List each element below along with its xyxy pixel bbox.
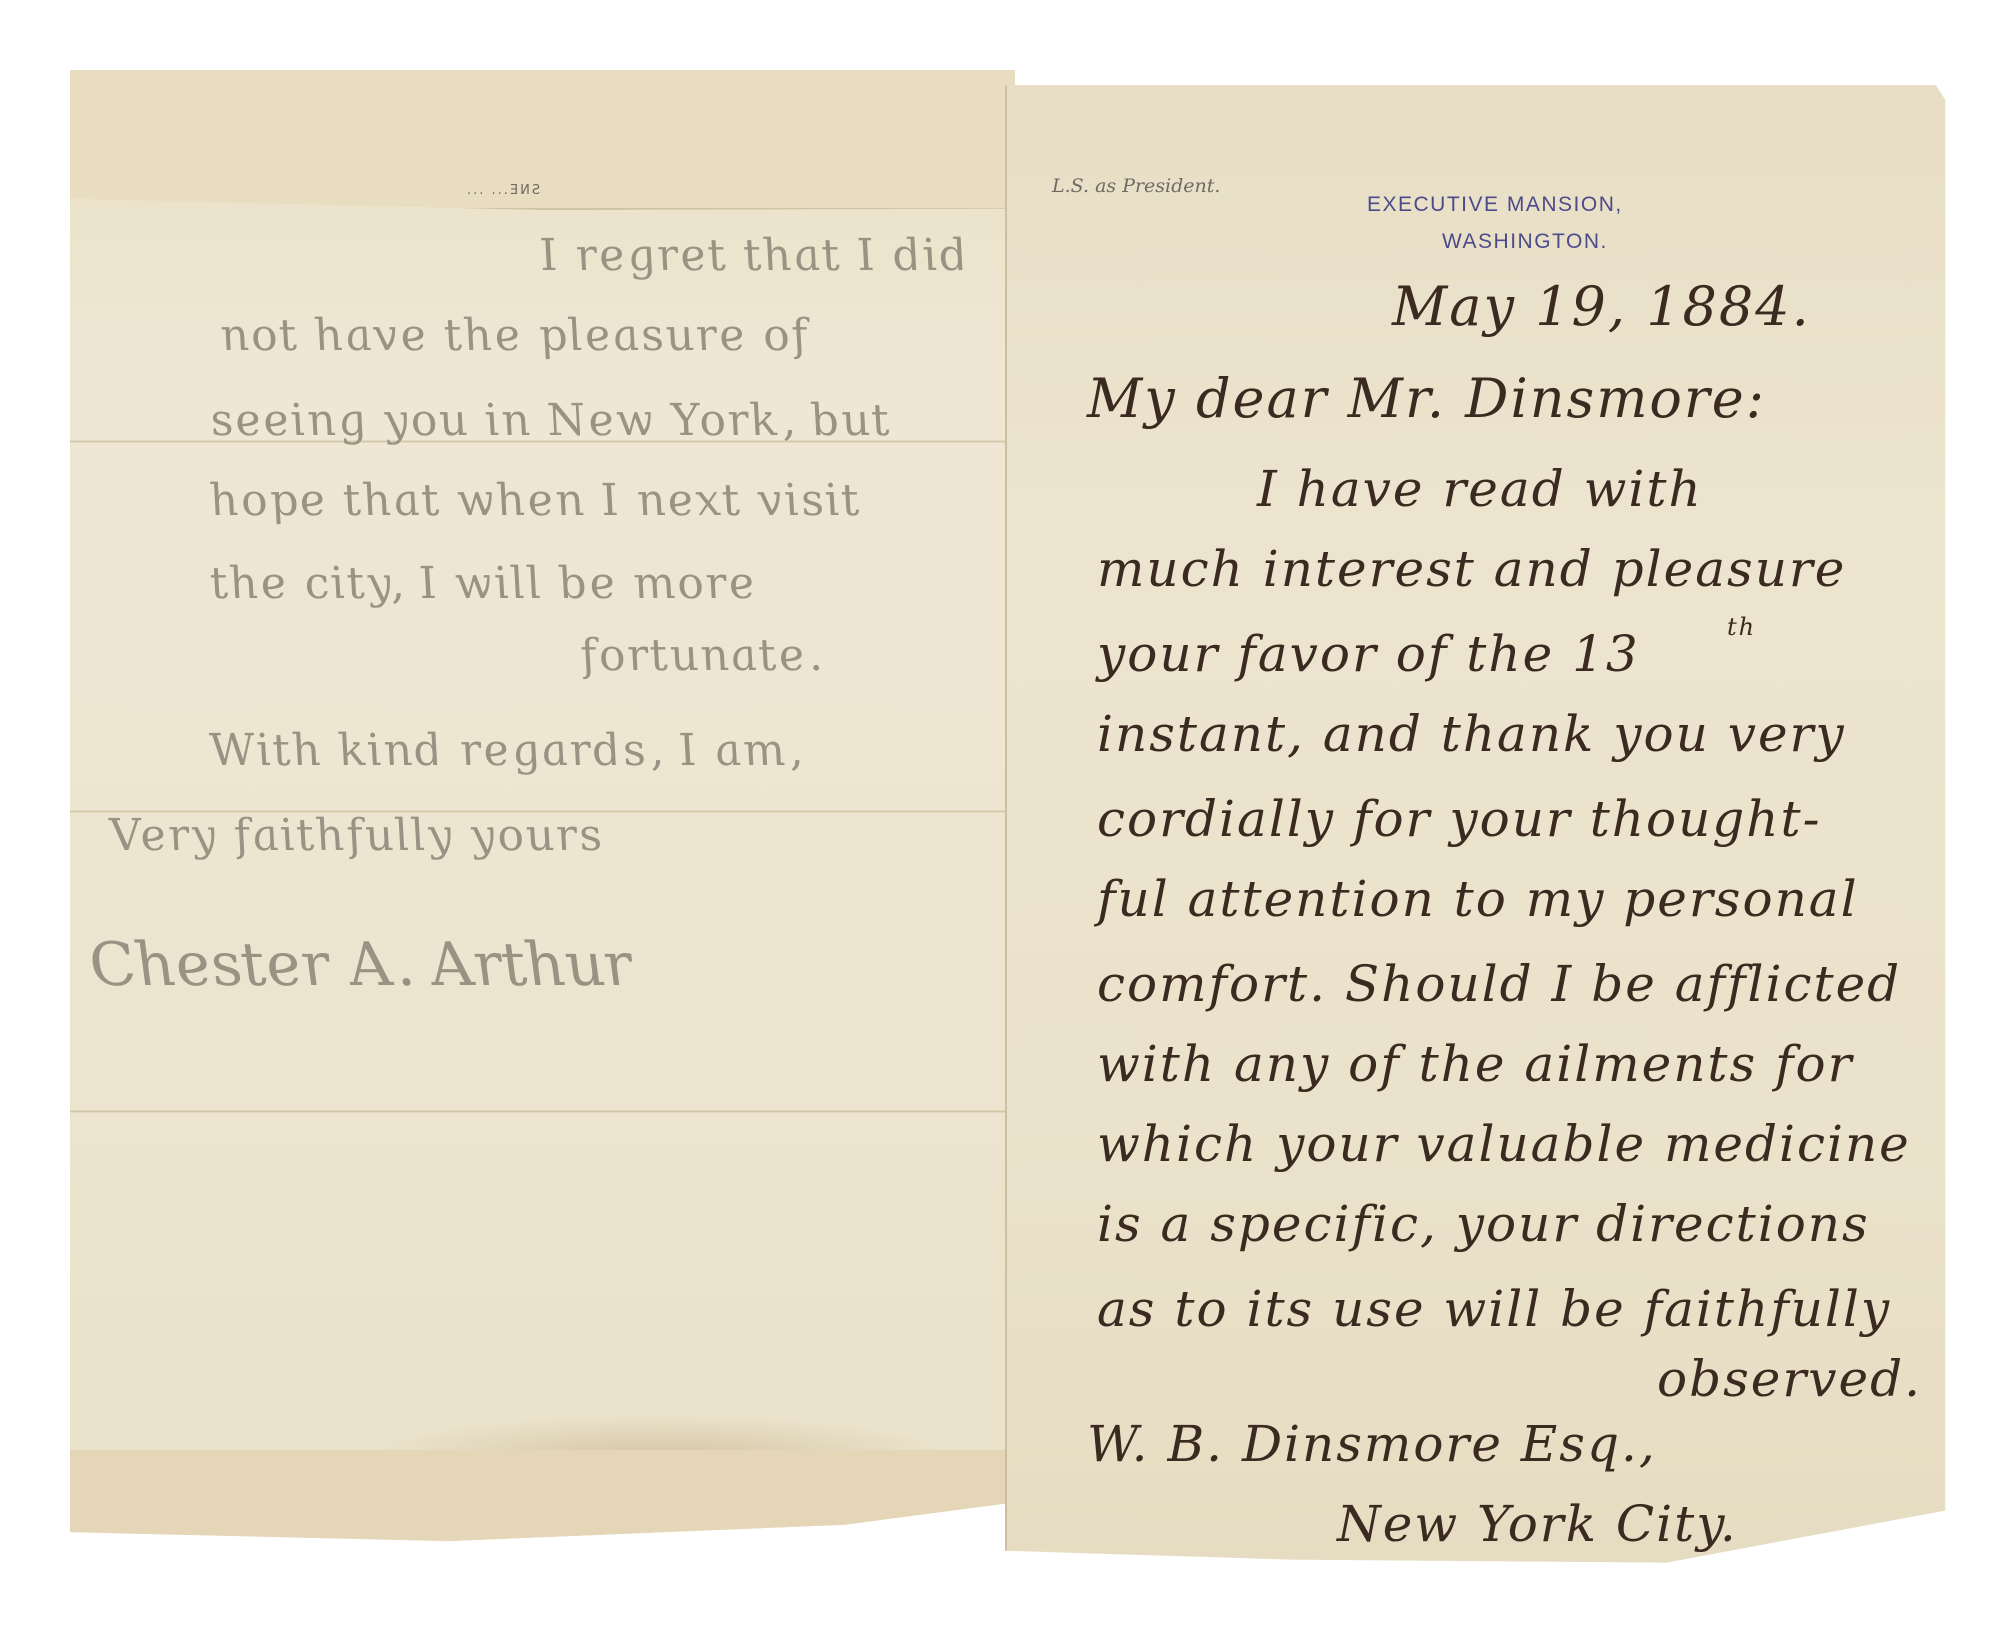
letterhead-line-1: EXECUTIVE MANSION, [1367,193,1623,217]
closing-line-2: Very faithfully yours [104,810,610,861]
body-line-11: as to its use will be faithfully [1097,1280,1891,1338]
letter-date: May 19, 1884. [1392,275,1811,338]
right-page-recto: L.S. as President. EXECUTIVE MANSION, WA… [1005,85,1950,1570]
stamp-ghost-text: SNE... ... [465,183,540,198]
signature: Chester A. Arthur [79,930,644,1000]
body-line-9: which your valuable medicine [1097,1115,1911,1173]
bleed-line-5: the city, I will be more [204,558,763,609]
body-line-5: cordially for your thought- [1097,790,1821,848]
body-line-1: I have read with [1257,460,1703,518]
body-line-10: is a specific, your directions [1097,1195,1870,1253]
bleed-line-3: seeing you in New York, but [204,395,898,446]
bleed-line-2: not have the pleasure of [214,310,816,361]
addressee-name: W. B. Dinsmore Esq., [1087,1415,1657,1473]
body-line-3: your favor of the 13 [1097,625,1640,683]
body-line-7: comfort. Should I be afflicted [1097,955,1901,1013]
body-line-4: instant, and thank you very [1097,705,1846,763]
bleed-line-1: I regret that I did [534,230,976,281]
bottom-folded-flap [70,1450,1015,1562]
pencil-annotation: L.S. as President. [1052,175,1220,197]
fold-crease [70,1110,1015,1113]
body-line-6: ful attention to my personal [1097,870,1859,928]
salutation: My dear Mr. Dinsmore: [1087,367,1766,430]
body-line-8: with any of the ailments for [1097,1035,1854,1093]
closing-line-1: With kind regards, I am, [204,725,809,776]
body-line-2: much interest and pleasure [1097,540,1846,598]
bleed-line-4: hope that when I next visit [204,475,868,526]
bleed-line-6: fortunate. [574,630,829,681]
body-line-12: observed. [1657,1350,1922,1408]
ordinal-suffix: th [1727,613,1756,641]
letterhead-line-2: WASHINGTON. [1442,230,1608,254]
addressee-city: New York City. [1337,1495,1738,1553]
left-page-verso: SNE... ... I regret that I did not have … [70,70,1015,1562]
top-folded-flap [70,70,1015,210]
